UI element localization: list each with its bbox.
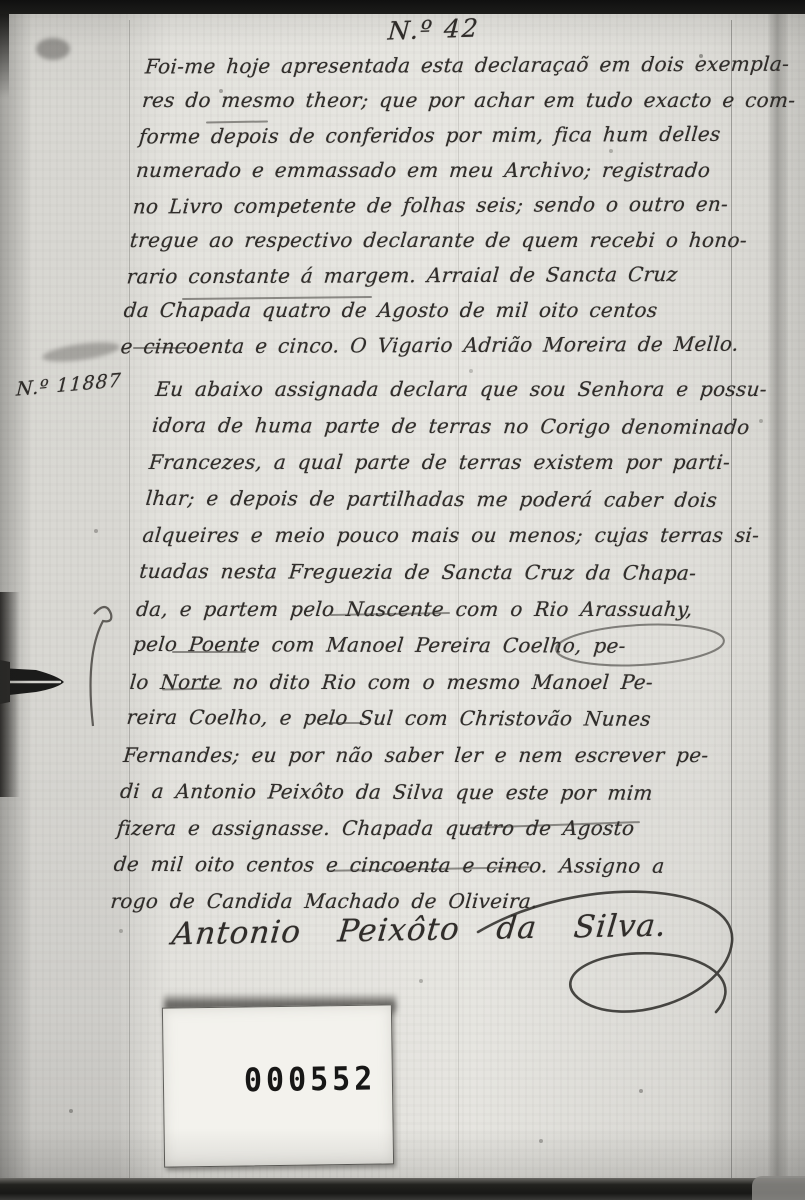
manuscript-line: rario constante á margem. Arraial de San… [125, 257, 781, 295]
manuscript-line: di a Antonio Peixôto da Silva que este p… [119, 772, 739, 811]
record-number-heading: N.º 42 [387, 13, 481, 45]
scanner-bar-top [0, 0, 805, 14]
manuscript-line: e cincoenta e cinco. O Vigario Adrião Mo… [119, 327, 775, 365]
signature-flourish [470, 880, 780, 1050]
archive-stamp-card: 000552 [162, 1004, 394, 1167]
vicar-registration-paragraph: Foi-me hoje apresentada esta declaraçaõ … [119, 48, 800, 363]
manuscript-line: Francezes, a qual parte de terras existe… [147, 444, 767, 481]
manuscript-line: lhar; e depois de partilhadas me poderá … [144, 480, 764, 519]
manuscript-line: tregue ao respectivo declarante de quem … [128, 223, 784, 258]
scanned-document-page: N.º 42 Foi-me hoje apresentada esta decl… [0, 0, 805, 1200]
ink-scribble [36, 38, 70, 60]
binding-shadow-top [0, 13, 9, 98]
ink-stroke [133, 347, 191, 349]
ink-stroke [172, 651, 246, 653]
scanner-bar-bottom [0, 1178, 805, 1200]
manuscript-line: idora de huma parte de terras no Corigo … [151, 407, 771, 446]
manuscript-line: Eu abaixo assignada declara que sou Senh… [154, 371, 774, 408]
manuscript-line: Fernandes; eu por não saber ler e nem es… [122, 737, 742, 774]
ruled-line-left-margin [129, 20, 130, 1178]
manuscript-line: tuadas nesta Freguezia de Sancta Cruz da… [138, 553, 758, 592]
manuscript-line: res do mesmo theor; que por achar em tud… [141, 83, 797, 118]
manuscript-line: Foi-me hoje apresentada esta declaraçaõ … [144, 47, 800, 85]
ink-stroke [322, 722, 364, 724]
manuscript-line: numerado e emmassado em meu Archivo; reg… [135, 153, 791, 188]
manuscript-line: alqueires e meio pouco mais ou menos; cu… [141, 517, 761, 554]
manuscript-line: reira Coelho, e pelo Sul com Christovão … [125, 699, 745, 738]
manuscript-line: no Livro competente de folhas seis; send… [131, 187, 787, 225]
margin-paraph-mark [76, 600, 128, 740]
manuscript-line: de mil oito centos e cincoenta e cinco. … [112, 846, 732, 885]
pen-nib [0, 652, 72, 714]
scan-corner-artifact [752, 1176, 805, 1200]
ink-circle-annotation [550, 618, 730, 673]
stamp-number: 000552 [244, 1060, 377, 1100]
manuscript-line: fizera e assignasse. Chapada quatro de A… [115, 810, 735, 847]
